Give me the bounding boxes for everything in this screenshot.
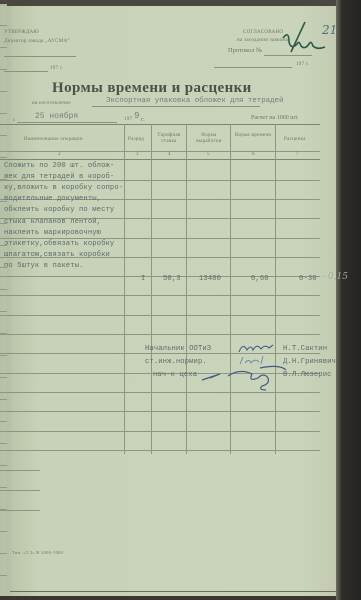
cell-tariff-rate: 50,3 <box>163 275 181 283</box>
page-title: Нормы времени и расценки <box>52 80 252 97</box>
product-line <box>92 106 260 107</box>
operation-line: наклеить маркировочную <box>4 229 101 237</box>
col-header-output: Норма выработки <box>190 133 228 145</box>
col-divider-5 <box>275 124 276 454</box>
col-header-tariff: Тарифная ставка <box>153 133 185 145</box>
col-header-grade: Разряд <box>128 137 144 142</box>
signature-3-icon <box>200 362 290 392</box>
row-line <box>0 490 40 491</box>
row-line <box>0 510 40 511</box>
cell-time-norm: 0,60 <box>251 275 269 283</box>
for-label: на изготовление <box>32 101 71 106</box>
approved-signature-line <box>4 56 76 57</box>
row-line <box>0 315 320 316</box>
col-header-rate: Расценка <box>284 137 306 142</box>
cell-output-norm: 13400 <box>199 275 221 283</box>
operation-line: водительные документы, <box>4 195 101 203</box>
operation-line: по 5штук в пакеты. <box>4 262 83 270</box>
signer-name-3: В.Л.Люзерис <box>283 371 332 379</box>
agreed-signature-icon <box>265 20 345 60</box>
col-header-operation: Наименование операции <box>24 137 83 142</box>
approved-year: 197 г. <box>50 66 63 71</box>
col-divider-2 <box>151 124 152 454</box>
start-date: 25 ноября <box>35 112 78 121</box>
signer-title-2: ст.инж.нормир. <box>145 358 207 366</box>
signer-title-3: нач-к цеха <box>153 371 197 379</box>
agreed-date-line <box>214 67 292 68</box>
page-bottom-edge <box>10 591 336 592</box>
protocol-label: Протокол № <box>228 47 262 54</box>
row-line <box>0 392 320 393</box>
row-line <box>0 238 320 239</box>
signer-name-2: Д.Н.Гринявич <box>283 358 336 366</box>
print-mark: Тип. «Т.3» В 2000-1000 <box>12 550 63 555</box>
operation-line: шпагатом,связать коробки <box>4 251 110 259</box>
col-divider-3 <box>186 124 187 454</box>
operation-line: этикетку,обвязать коробку <box>4 240 114 248</box>
signer-name-1: Н.Т.Сактин <box>283 345 327 353</box>
operation-line: стыка клапанов лентой, <box>4 218 101 226</box>
top-shadow <box>0 0 361 6</box>
date-line <box>17 122 117 123</box>
col-num-2: 2 <box>58 152 61 157</box>
operation-line: Сложить по 200 шт. облож- <box>4 162 114 170</box>
header-bottom-border <box>0 159 320 160</box>
row-line <box>0 334 320 335</box>
operation-line: обклеить коробку по месту <box>4 206 114 214</box>
col-num-7: 7 <box>296 152 299 157</box>
right-edge-shadow <box>336 0 361 600</box>
year-suffix: г. <box>141 117 145 123</box>
operation-line: жек для тетрадей в короб- <box>4 173 114 181</box>
col-header-time: Норма времени <box>234 133 272 139</box>
rate-handwritten: - 0,15 <box>322 272 348 282</box>
col-num-5: 5 <box>207 152 210 157</box>
from-label: с <box>13 118 16 123</box>
col-num-4: 4 <box>168 152 171 157</box>
row-line <box>0 470 40 471</box>
header-divider <box>0 151 320 152</box>
calc-basis: Расчет на 1000 шт. <box>251 115 299 121</box>
row-line <box>0 431 320 432</box>
approved-date-line <box>4 71 48 72</box>
operation-line: ку,вложить в коробку сопро- <box>4 184 123 192</box>
product-name: Экспортная упаковка обложек для тетрадей <box>106 97 283 105</box>
agreed-year: 197 г. <box>296 62 309 67</box>
approved-label: УТВЕРЖДАЮ <box>4 30 39 35</box>
row-line <box>0 295 320 296</box>
row-line <box>0 276 320 277</box>
signer-title-1: Начальник ООТиЗ <box>145 345 211 353</box>
row-line <box>0 411 320 412</box>
col-divider-1 <box>124 124 125 454</box>
cell-rate: 0-30 <box>299 275 317 283</box>
binding-edge <box>0 4 7 596</box>
year-prefix: 197 <box>124 117 132 122</box>
table-top-border <box>0 124 320 125</box>
year-digit: 9 <box>134 111 139 121</box>
col-num-3: 3 <box>136 152 139 157</box>
cell-grade: I <box>141 275 145 283</box>
row-line <box>0 450 320 451</box>
col-divider-4 <box>230 124 231 454</box>
col-num-6: 6 <box>252 152 255 157</box>
approved-by: Директор завода „АУСМА“ <box>4 39 70 44</box>
